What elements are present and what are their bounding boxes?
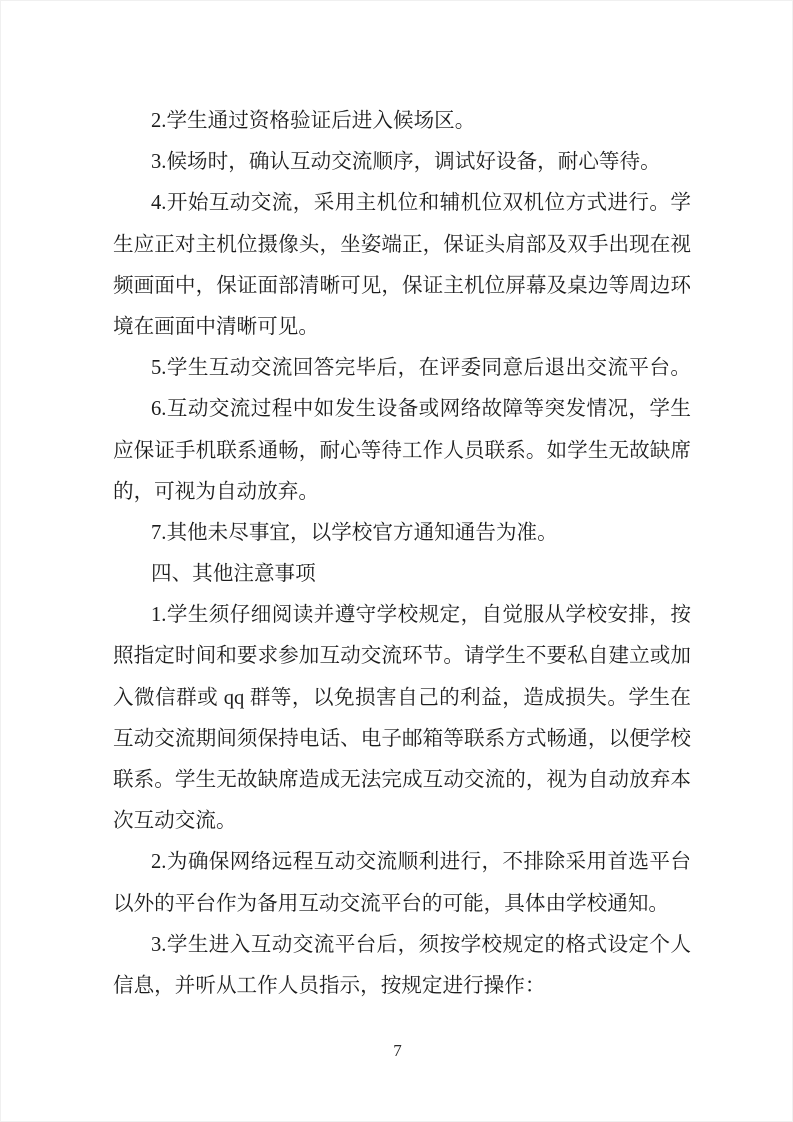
document-line: 7.其他未尽事宜，以学校官方通知通告为准。 [113,513,691,554]
document-line: 5.学生互动交流回答完毕后，在评委同意后退出交流平台。 [113,348,691,389]
document-line: 1.学生须仔细阅读并遵守学校规定，自觉服从学校安排，按 [113,595,691,636]
document-line: 应保证手机联系通畅，耐心等待工作人员联系。如学生无故缺席 [113,431,691,472]
document-line: 2.学生通过资格验证后进入候场区。 [113,101,691,142]
page-footer: 7 [1,1039,793,1063]
document-body: 2.学生通过资格验证后进入候场区。 3.候场时，确认互动交流顺序，调试好设备，耐… [113,101,691,1007]
document-line: 联系。学生无故缺席造成无法完成互动交流的，视为自动放弃本 [113,760,691,801]
document-line: 次互动交流。 [113,801,691,842]
document-line: 3.候场时，确认互动交流顺序，调试好设备，耐心等待。 [113,142,691,183]
page-number: 7 [393,1041,402,1060]
document-line: 入微信群或 qq 群等，以免损害自己的利益，造成损失。学生在 [113,678,691,719]
document-line: 照指定时间和要求参加互动交流环节。请学生不要私自建立或加 [113,636,691,677]
document-line: 信息，并听从工作人员指示，按规定进行操作： [113,966,691,1007]
document-line: 频画面中，保证面部清晰可见，保证主机位屏幕及桌边等周边环 [113,266,691,307]
document-line: 4.开始互动交流，采用主机位和辅机位双机位方式进行。学 [113,183,691,224]
section-heading: 四、其他注意事项 [113,554,691,595]
document-line: 互动交流期间须保持电话、电子邮箱等联系方式畅通，以便学校 [113,719,691,760]
document-line: 以外的平台作为备用互动交流平台的可能，具体由学校通知。 [113,884,691,925]
document-line: 境在画面中清晰可见。 [113,307,691,348]
document-line: 的，可视为自动放弃。 [113,472,691,513]
document-line: 2.为确保网络远程互动交流顺利进行，不排除采用首选平台 [113,842,691,883]
document-line: 6.互动交流过程中如发生设备或网络故障等突发情况，学生 [113,389,691,430]
document-line: 生应正对主机位摄像头，坐姿端正，保证头肩部及双手出现在视 [113,225,691,266]
document-line: 3.学生进入互动交流平台后，须按学校规定的格式设定个人 [113,925,691,966]
document-page: 2.学生通过资格验证后进入候场区。 3.候场时，确认互动交流顺序，调试好设备，耐… [0,0,793,1122]
